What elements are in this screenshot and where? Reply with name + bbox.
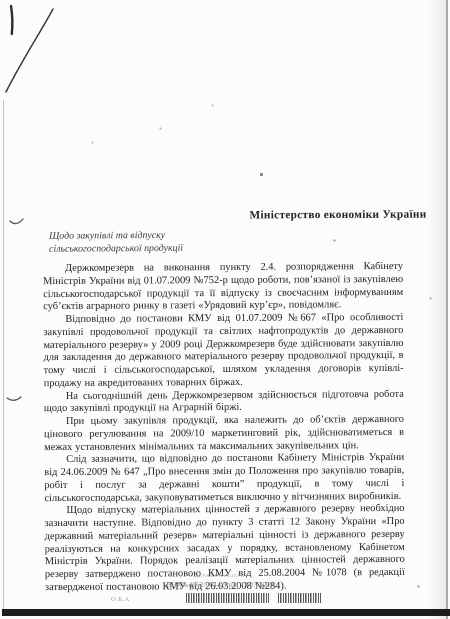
ministry-title: Міністерство економіки України xyxy=(238,208,438,221)
scanned-letter-page: Міністерство економіки України Щодо заку… xyxy=(0,0,450,619)
barcode-right-group xyxy=(278,593,321,603)
stamp-registration-number: ВИХ№4062/004-09 від 23.07.2009 xyxy=(105,581,335,589)
paragraph-4: При цьому закупівля продукції, яка належ… xyxy=(44,414,404,454)
barcode-left-group xyxy=(186,593,269,603)
paragraph-1: Держкомрезерв на виконання пункту 2.4. р… xyxy=(43,261,403,314)
pen-checkmark-middle xyxy=(7,397,21,400)
pen-checkmark-top xyxy=(10,219,23,224)
stamp-microtext: ДЕРЖКОМРЕЗЕРВ xyxy=(105,574,335,579)
paragraph-3: На сьогоднішній день Держкомрезервом зді… xyxy=(44,388,404,416)
pen-stroke-vertical xyxy=(11,6,12,34)
subject-block: Щодо закупівлі та відпуску сільськогоспо… xyxy=(49,229,249,256)
subject-line-2: сільськогосподарської продукції xyxy=(49,242,249,256)
registration-stamp: ДЕРЖКОМРЕЗЕРВ ВИХ№4062/004-09 від 23.07.… xyxy=(105,574,335,608)
paragraph-5: Слід зазначити, що відповідно до постано… xyxy=(44,452,404,505)
paragraph-2: Відповідно до постанови КМУ від 01.07.20… xyxy=(43,312,403,391)
stamp-side-code: О.Б.А xyxy=(111,596,130,603)
letter-body: Держкомрезерв на виконання пункту 2.4. р… xyxy=(43,261,405,595)
